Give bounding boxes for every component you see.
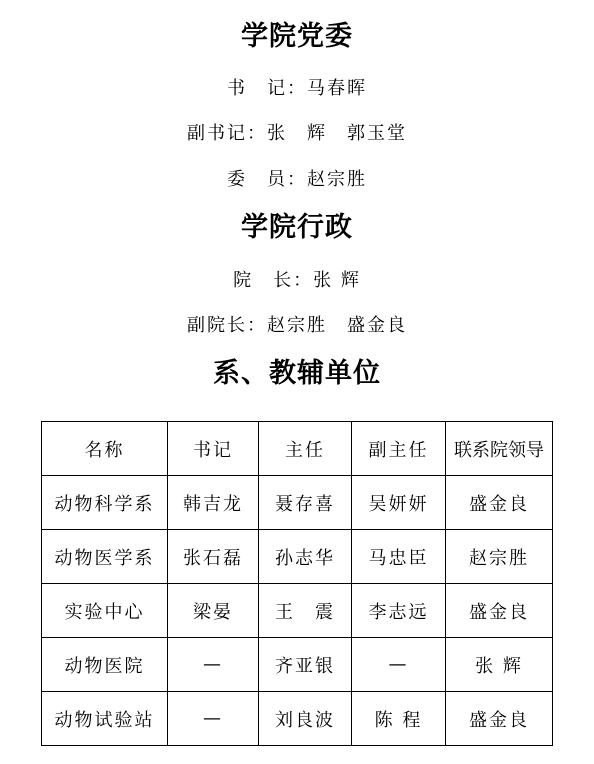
cell-name: 动物科学系 <box>42 476 168 530</box>
table-row: 实验中心 梁晏 王 震 李志远 盛金良 <box>42 584 553 638</box>
table-row: 动物医学系 张石磊 孙志华 马忠臣 赵宗胜 <box>42 530 553 584</box>
table-header-row: 名称 书记 主任 副主任 联系院领导 <box>42 422 553 476</box>
cell-director: 齐亚银 <box>259 638 352 692</box>
table-row: 动物试验站 — 刘良波 陈 程 盛金良 <box>42 692 553 746</box>
committee-member-line: 委 员：赵宗胜 <box>0 169 594 191</box>
cell-name: 动物试验站 <box>42 692 168 746</box>
cell-liaison-leader: 盛金良 <box>446 692 553 746</box>
header-secretary: 书记 <box>168 422 259 476</box>
cell-secretary: — <box>168 638 259 692</box>
cell-secretary: 张石磊 <box>168 530 259 584</box>
units-title: 系、教辅单位 <box>0 358 594 390</box>
dean-label: 院 长： <box>233 270 313 291</box>
cell-secretary: 韩吉龙 <box>168 476 259 530</box>
header-liaison-leader: 联系院领导 <box>446 422 553 476</box>
cell-deputy-director: 李志远 <box>352 584 446 638</box>
vice-dean-line: 副院长：赵宗胜 盛金良 <box>0 315 594 337</box>
cell-name: 动物医学系 <box>42 530 168 584</box>
cell-secretary: 梁晏 <box>168 584 259 638</box>
cell-deputy-director: — <box>352 638 446 692</box>
cell-director: 孙志华 <box>259 530 352 584</box>
committee-member-label: 委 员： <box>227 169 307 190</box>
cell-secretary: — <box>168 692 259 746</box>
deputy-secretary-line: 副书记：张 辉 郭玉堂 <box>0 123 594 145</box>
cell-deputy-director: 马忠臣 <box>352 530 446 584</box>
administration-title: 学院行政 <box>0 212 594 244</box>
cell-name: 动物医院 <box>42 638 168 692</box>
cell-name: 实验中心 <box>42 584 168 638</box>
cell-liaison-leader: 盛金良 <box>446 584 553 638</box>
header-director: 主任 <box>259 422 352 476</box>
deputy-secretary-value: 张 辉 郭玉堂 <box>267 123 407 144</box>
dean-line: 院 长：张 辉 <box>0 270 594 292</box>
table-row: 动物医院 — 齐亚银 — 张 辉 <box>42 638 553 692</box>
vice-dean-label: 副院长： <box>187 315 267 336</box>
cell-director: 聂存喜 <box>259 476 352 530</box>
committee-member-value: 赵宗胜 <box>307 169 367 190</box>
table-row: 动物科学系 韩吉龙 聂存喜 吴妍妍 盛金良 <box>42 476 553 530</box>
dean-value: 张 辉 <box>313 270 361 291</box>
cell-liaison-leader: 盛金良 <box>446 476 553 530</box>
cell-deputy-director: 吴妍妍 <box>352 476 446 530</box>
party-secretary-label: 书 记： <box>227 78 307 99</box>
units-table: 名称 书记 主任 副主任 联系院领导 动物科学系 韩吉龙 聂存喜 吴妍妍 盛金良… <box>41 421 553 746</box>
header-deputy-director: 副主任 <box>352 422 446 476</box>
cell-liaison-leader: 张 辉 <box>446 638 553 692</box>
party-secretary-value: 马春晖 <box>307 78 367 99</box>
cell-deputy-director: 陈 程 <box>352 692 446 746</box>
header-name: 名称 <box>42 422 168 476</box>
party-committee-title: 学院党委 <box>0 21 594 53</box>
cell-liaison-leader: 赵宗胜 <box>446 530 553 584</box>
cell-director: 王 震 <box>259 584 352 638</box>
party-secretary-line: 书 记：马春晖 <box>0 78 594 100</box>
vice-dean-value: 赵宗胜 盛金良 <box>267 315 407 336</box>
cell-director: 刘良波 <box>259 692 352 746</box>
deputy-secretary-label: 副书记： <box>187 123 267 144</box>
